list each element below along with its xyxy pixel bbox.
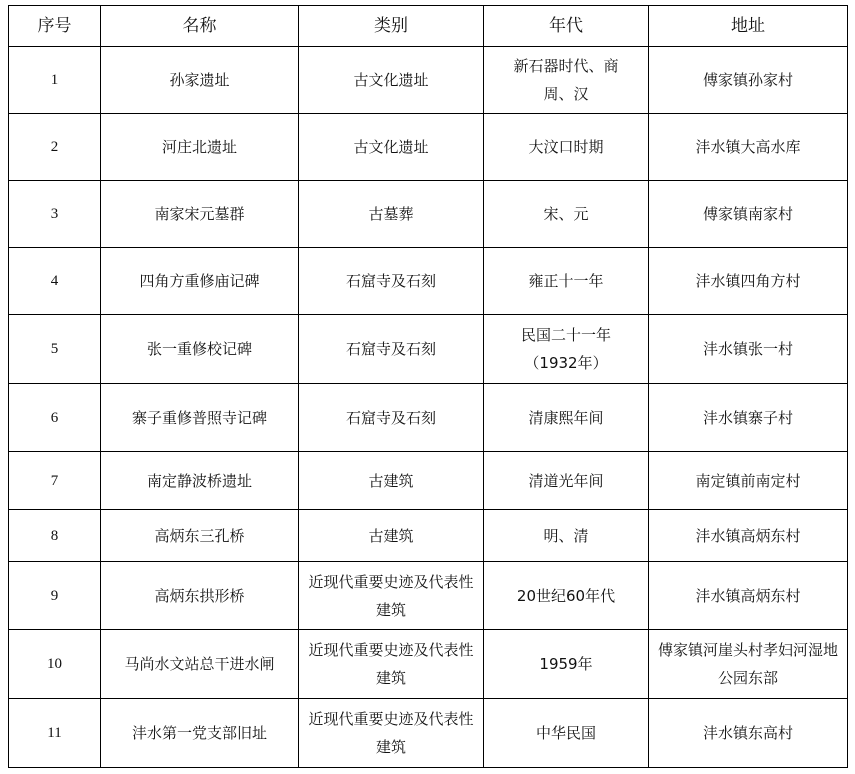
cell-name: 马尚水文站总干进水闸 [101,630,299,699]
cell-category: 古文化遗址 [299,114,484,181]
cell-era: 大汶口时期 [484,114,649,181]
cell-category: 近现代重要史迹及代表性建筑 [299,630,484,699]
cell-name: 高炳东三孔桥 [101,510,299,562]
cell-name: 南定静波桥遗址 [101,452,299,510]
cell-category: 石窟寺及石刻 [299,384,484,452]
header-name: 名称 [101,6,299,47]
cell-name: 高炳东拱形桥 [101,562,299,630]
cell-era: 中华民国 [484,699,649,768]
table-row: 1 孙家遗址 古文化遗址 新石器时代、商周、汉 傅家镇孙家村 [9,47,848,114]
table-row: 5 张一重修校记碑 石窟寺及石刻 民国二十一年（1932年） 沣水镇张一村 [9,315,848,384]
table-row: 4 四角方重修庙记碑 石窟寺及石刻 雍正十一年 沣水镇四角方村 [9,248,848,315]
cell-address: 傅家镇孙家村 [649,47,848,114]
era-text: 新石器时代、商周、汉 [502,52,630,108]
cell-no: 6 [9,384,101,452]
cell-name: 沣水第一党支部旧址 [101,699,299,768]
era-text: 民国二十一年（1932年） [512,321,620,377]
cell-name: 四角方重修庙记碑 [101,248,299,315]
cell-category: 古墓葬 [299,181,484,248]
cell-address: 南定镇前南定村 [649,452,848,510]
cell-address: 沣水镇寨子村 [649,384,848,452]
header-address: 地址 [649,6,848,47]
cell-era: 雍正十一年 [484,248,649,315]
cell-address: 沣水镇张一村 [649,315,848,384]
cell-era: 宋、元 [484,181,649,248]
header-no: 序号 [9,6,101,47]
table-row: 10 马尚水文站总干进水闸 近现代重要史迹及代表性建筑 1959年 傅家镇河崖头… [9,630,848,699]
cell-address: 沣水镇高炳东村 [649,562,848,630]
cell-category: 古文化遗址 [299,47,484,114]
cell-era: 清康熙年间 [484,384,649,452]
header-row: 序号 名称 类别 年代 地址 [9,6,848,47]
table-row: 9 高炳东拱形桥 近现代重要史迹及代表性建筑 20世纪60年代 沣水镇高炳东村 [9,562,848,630]
cell-era: 1959年 [484,630,649,699]
table-row: 7 南定静波桥遗址 古建筑 清道光年间 南定镇前南定村 [9,452,848,510]
cell-no: 8 [9,510,101,562]
cell-category: 石窟寺及石刻 [299,315,484,384]
cell-no: 9 [9,562,101,630]
cell-no: 2 [9,114,101,181]
cell-category: 近现代重要史迹及代表性建筑 [299,699,484,768]
cell-era: 民国二十一年（1932年） [484,315,649,384]
cell-address: 傅家镇河崖头村孝妇河湿地公园东部 [649,630,848,699]
table-row: 11 沣水第一党支部旧址 近现代重要史迹及代表性建筑 中华民国 沣水镇东高村 [9,699,848,768]
table-row: 2 河庄北遗址 古文化遗址 大汶口时期 沣水镇大高水库 [9,114,848,181]
cell-no: 10 [9,630,101,699]
cell-name: 张一重修校记碑 [101,315,299,384]
cell-name: 寨子重修普照寺记碑 [101,384,299,452]
cell-category: 石窟寺及石刻 [299,248,484,315]
cell-address: 沣水镇东高村 [649,699,848,768]
table-row: 3 南家宋元墓群 古墓葬 宋、元 傅家镇南家村 [9,181,848,248]
cell-era: 20世纪60年代 [484,562,649,630]
cell-no: 11 [9,699,101,768]
header-era: 年代 [484,6,649,47]
cell-era: 明、清 [484,510,649,562]
cell-era: 新石器时代、商周、汉 [484,47,649,114]
cell-no: 1 [9,47,101,114]
header-category: 类别 [299,6,484,47]
cell-no: 3 [9,181,101,248]
cell-name: 河庄北遗址 [101,114,299,181]
cell-no: 7 [9,452,101,510]
cell-address: 沣水镇高炳东村 [649,510,848,562]
cell-no: 5 [9,315,101,384]
cell-address: 沣水镇大高水库 [649,114,848,181]
cell-category: 近现代重要史迹及代表性建筑 [299,562,484,630]
cell-name: 孙家遗址 [101,47,299,114]
cell-category: 古建筑 [299,510,484,562]
cell-category: 古建筑 [299,452,484,510]
table-row: 6 寨子重修普照寺记碑 石窟寺及石刻 清康熙年间 沣水镇寨子村 [9,384,848,452]
cell-no: 4 [9,248,101,315]
cell-name: 南家宋元墓群 [101,181,299,248]
cell-era: 清道光年间 [484,452,649,510]
table-row: 8 高炳东三孔桥 古建筑 明、清 沣水镇高炳东村 [9,510,848,562]
cell-address: 傅家镇南家村 [649,181,848,248]
cell-address: 沣水镇四角方村 [649,248,848,315]
heritage-sites-table: 序号 名称 类别 年代 地址 1 孙家遗址 古文化遗址 新石器时代、商周、汉 傅… [8,5,848,768]
